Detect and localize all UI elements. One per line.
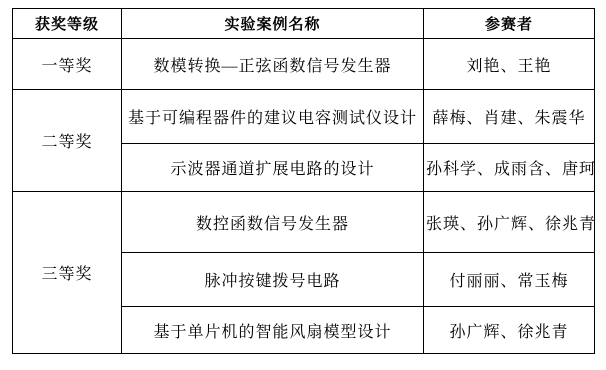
table-row-first-prize-1: 一等奖 数模转换—正弦函数信号发生器 刘艳、王艳 [13, 39, 595, 90]
case-name-cell: 脉冲按键拨号电路 [122, 253, 424, 307]
participants-cell: 张瑛、孙广辉、徐兆青 [424, 192, 595, 253]
header-cell-participants: 参赛者 [424, 9, 595, 39]
table-row-second-prize-1: 二等奖 基于可编程器件的建议电容测试仪设计 薛梅、肖建、朱震华 [13, 90, 595, 144]
award-level-cell-second-prize: 二等奖 [13, 90, 122, 192]
award-level-cell-third-prize: 三等奖 [13, 192, 122, 354]
table-row-third-prize-1: 三等奖 数控函数信号发生器 张瑛、孙广辉、徐兆青 [13, 192, 595, 253]
participants-cell: 付丽丽、常玉梅 [424, 253, 595, 307]
participants-cell: 薛梅、肖建、朱震华 [424, 90, 595, 144]
case-name-cell: 基于单片机的智能风扇模型设计 [122, 307, 424, 354]
participants-cell: 孙广辉、徐兆青 [424, 307, 595, 354]
case-name-cell: 基于可编程器件的建议电容测试仪设计 [122, 90, 424, 144]
case-name-cell: 数模转换—正弦函数信号发生器 [122, 39, 424, 90]
case-name-cell: 示波器通道扩展电路的设计 [122, 144, 424, 192]
award-level-cell-first-prize: 一等奖 [13, 39, 122, 90]
participants-cell: 孙科学、成雨含、唐珂 [424, 144, 595, 192]
header-cell-award-level: 获奖等级 [13, 9, 122, 39]
participants-cell: 刘艳、王艳 [424, 39, 595, 90]
header-cell-case-name: 实验案例名称 [122, 9, 424, 39]
awards-table: 获奖等级 实验案例名称 参赛者 一等奖 数模转换—正弦函数信号发生器 刘艳、王艳… [12, 8, 595, 354]
case-name-cell: 数控函数信号发生器 [122, 192, 424, 253]
table-header-row: 获奖等级 实验案例名称 参赛者 [13, 9, 595, 39]
